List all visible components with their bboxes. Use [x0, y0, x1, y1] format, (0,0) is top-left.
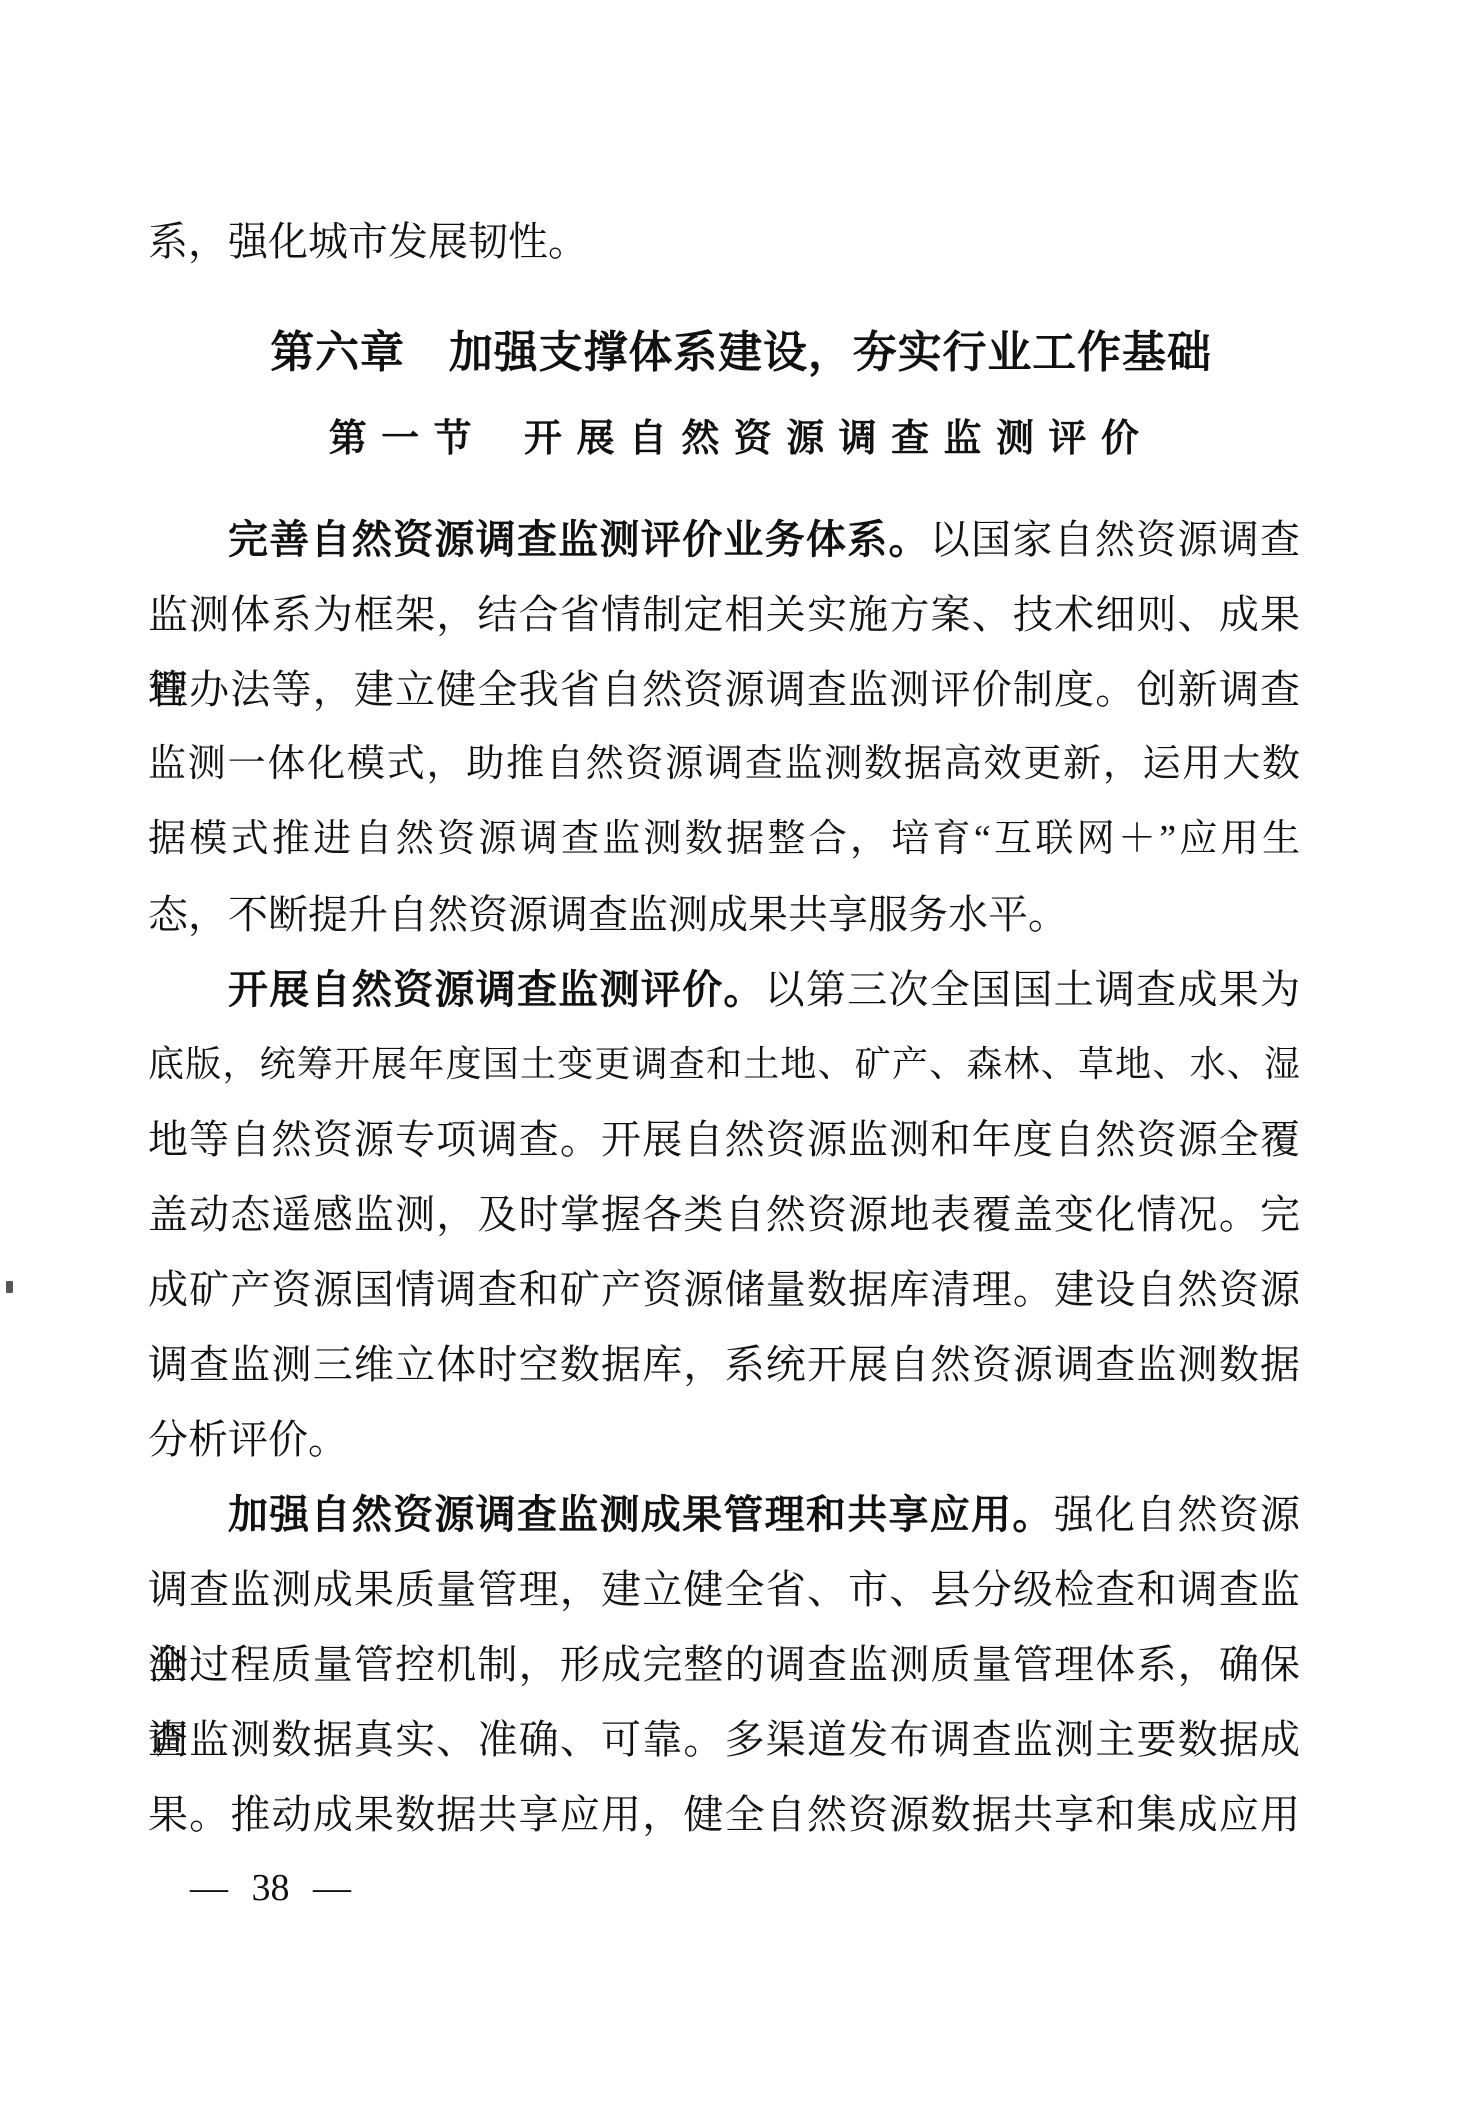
- body-line: 态，不断提升自然资源调查监测成果共享服务水平。: [148, 877, 1300, 952]
- body-text: 完善自然资源调查监测评价业务体系。以国家自然资源调查监测体系为框架，结合省情制定…: [148, 502, 1300, 1852]
- body-line: 底版，统筹开展年度国土变更调查和土地、矿产、森林、草地、水、湿: [148, 1027, 1300, 1102]
- body-line: 查监测数据真实、准确、可靠。多渠道发布调查监测主要数据成: [148, 1702, 1300, 1777]
- footer-right-dash: —: [313, 1867, 351, 1909]
- chapter-number: 第六章: [270, 328, 405, 377]
- body-line: 监测一体化模式，助推自然资源调查监测数据高效更新，运用大数: [148, 727, 1300, 802]
- body-line: 理办法等，建立健全我省自然资源调查监测评价制度。创新调查: [148, 652, 1300, 727]
- paragraph-text: 监测一体化模式，助推自然资源调查监测数据高效更新，运用大数: [148, 743, 1300, 785]
- paragraph-text: 据模式推进自然资源调查监测数据整合，培育“互联网＋”应用生: [148, 818, 1300, 860]
- body-line: 果。推动成果数据共享应用，健全自然资源数据共享和集成应用: [148, 1777, 1300, 1852]
- scan-speck: [6, 1281, 13, 1293]
- paragraph-text: 地等自然资源专项调查。开展自然资源监测和年度自然资源全覆: [148, 1117, 1300, 1162]
- body-line: 调查监测成果质量管理，建立健全省、市、县分级检查和调查监测: [148, 1552, 1300, 1627]
- body-line: 开展自然资源调查监测评价。以第三次全国国土调查成果为: [148, 952, 1300, 1027]
- chapter-title: 加强支撑体系建设，夯实行业工作基础: [449, 328, 1212, 377]
- body-line: 地等自然资源专项调查。开展自然资源监测和年度自然资源全覆: [148, 1102, 1300, 1177]
- paragraph-text: 成矿产资源国情调查和矿产资源储量数据库清理。建设自然资源: [148, 1267, 1300, 1312]
- body-line: 分析评价。: [148, 1402, 1300, 1477]
- section-number: 第一节: [329, 418, 486, 460]
- continuation-line: 系，强化城市发展韧性。: [148, 204, 1300, 279]
- body-line: 完善自然资源调查监测评价业务体系。以国家自然资源调查: [148, 502, 1300, 577]
- body-line: 成矿产资源国情调查和矿产资源储量数据库清理。建设自然资源: [148, 1252, 1300, 1327]
- body-line: 全过程质量管控机制，形成完整的调查监测质量管理体系，确保调: [148, 1627, 1300, 1702]
- body-line: 监测体系为框架，结合省情制定相关实施方案、技术细则、成果管: [148, 577, 1300, 652]
- paragraph-text: 理办法等，建立健全我省自然资源调查监测评价制度。创新调查: [148, 667, 1300, 712]
- page-number: 38: [252, 1867, 290, 1909]
- paragraph-text: 果。推动成果数据共享应用，健全自然资源数据共享和集成应用: [148, 1792, 1300, 1837]
- paragraph-text: 查监测数据真实、准确、可靠。多渠道发布调查监测主要数据成: [148, 1717, 1300, 1762]
- body-line: 盖动态遥感监测，及时掌握各类自然资源地表覆盖变化情况。完: [148, 1177, 1300, 1252]
- paragraph-text: 底版，统筹开展年度国土变更调查和土地、矿产、森林、草地、水、湿: [148, 1044, 1300, 1084]
- body-line: 调查监测三维立体时空数据库，系统开展自然资源调查监测数据: [148, 1327, 1300, 1402]
- paragraph-text: 以第三次全国国土调查成果为: [765, 967, 1300, 1012]
- paragraph-text: 盖动态遥感监测，及时掌握各类自然资源地表覆盖变化情况。完: [148, 1192, 1300, 1237]
- paragraph-text: 分析评价。: [148, 1417, 348, 1462]
- paragraph-text: 以国家自然资源调查: [930, 517, 1300, 562]
- page-number-footer: — 38 —: [190, 1851, 351, 1926]
- body-line: 加强自然资源调查监测成果管理和共享应用。强化自然资源: [148, 1477, 1300, 1552]
- footer-left-dash: —: [190, 1867, 228, 1909]
- section-heading: 第一节开展自然资源调查监测评价: [0, 402, 1482, 477]
- paragraph-text: 态，不断提升自然资源调查监测成果共享服务水平。: [148, 892, 1068, 937]
- paragraph-text: 调查监测三维立体时空数据库，系统开展自然资源调查监测数据: [148, 1342, 1300, 1387]
- body-line: 据模式推进自然资源调查监测数据整合，培育“互联网＋”应用生: [148, 802, 1300, 877]
- paragraph-lead: 开展自然资源调查监测评价。: [228, 967, 765, 1012]
- document-page: 系，强化城市发展韧性。 第六章加强支撑体系建设，夯实行业工作基础 第一节开展自然…: [0, 0, 1482, 2104]
- section-title: 开展自然资源调查监测评价: [524, 418, 1153, 460]
- paragraph-lead: 加强自然资源调查监测成果管理和共享应用。: [228, 1492, 1054, 1537]
- paragraph-lead: 完善自然资源调查监测评价业务体系。: [228, 517, 930, 562]
- paragraph-text: 强化自然资源: [1054, 1492, 1300, 1537]
- chapter-heading: 第六章加强支撑体系建设，夯实行业工作基础: [0, 315, 1482, 390]
